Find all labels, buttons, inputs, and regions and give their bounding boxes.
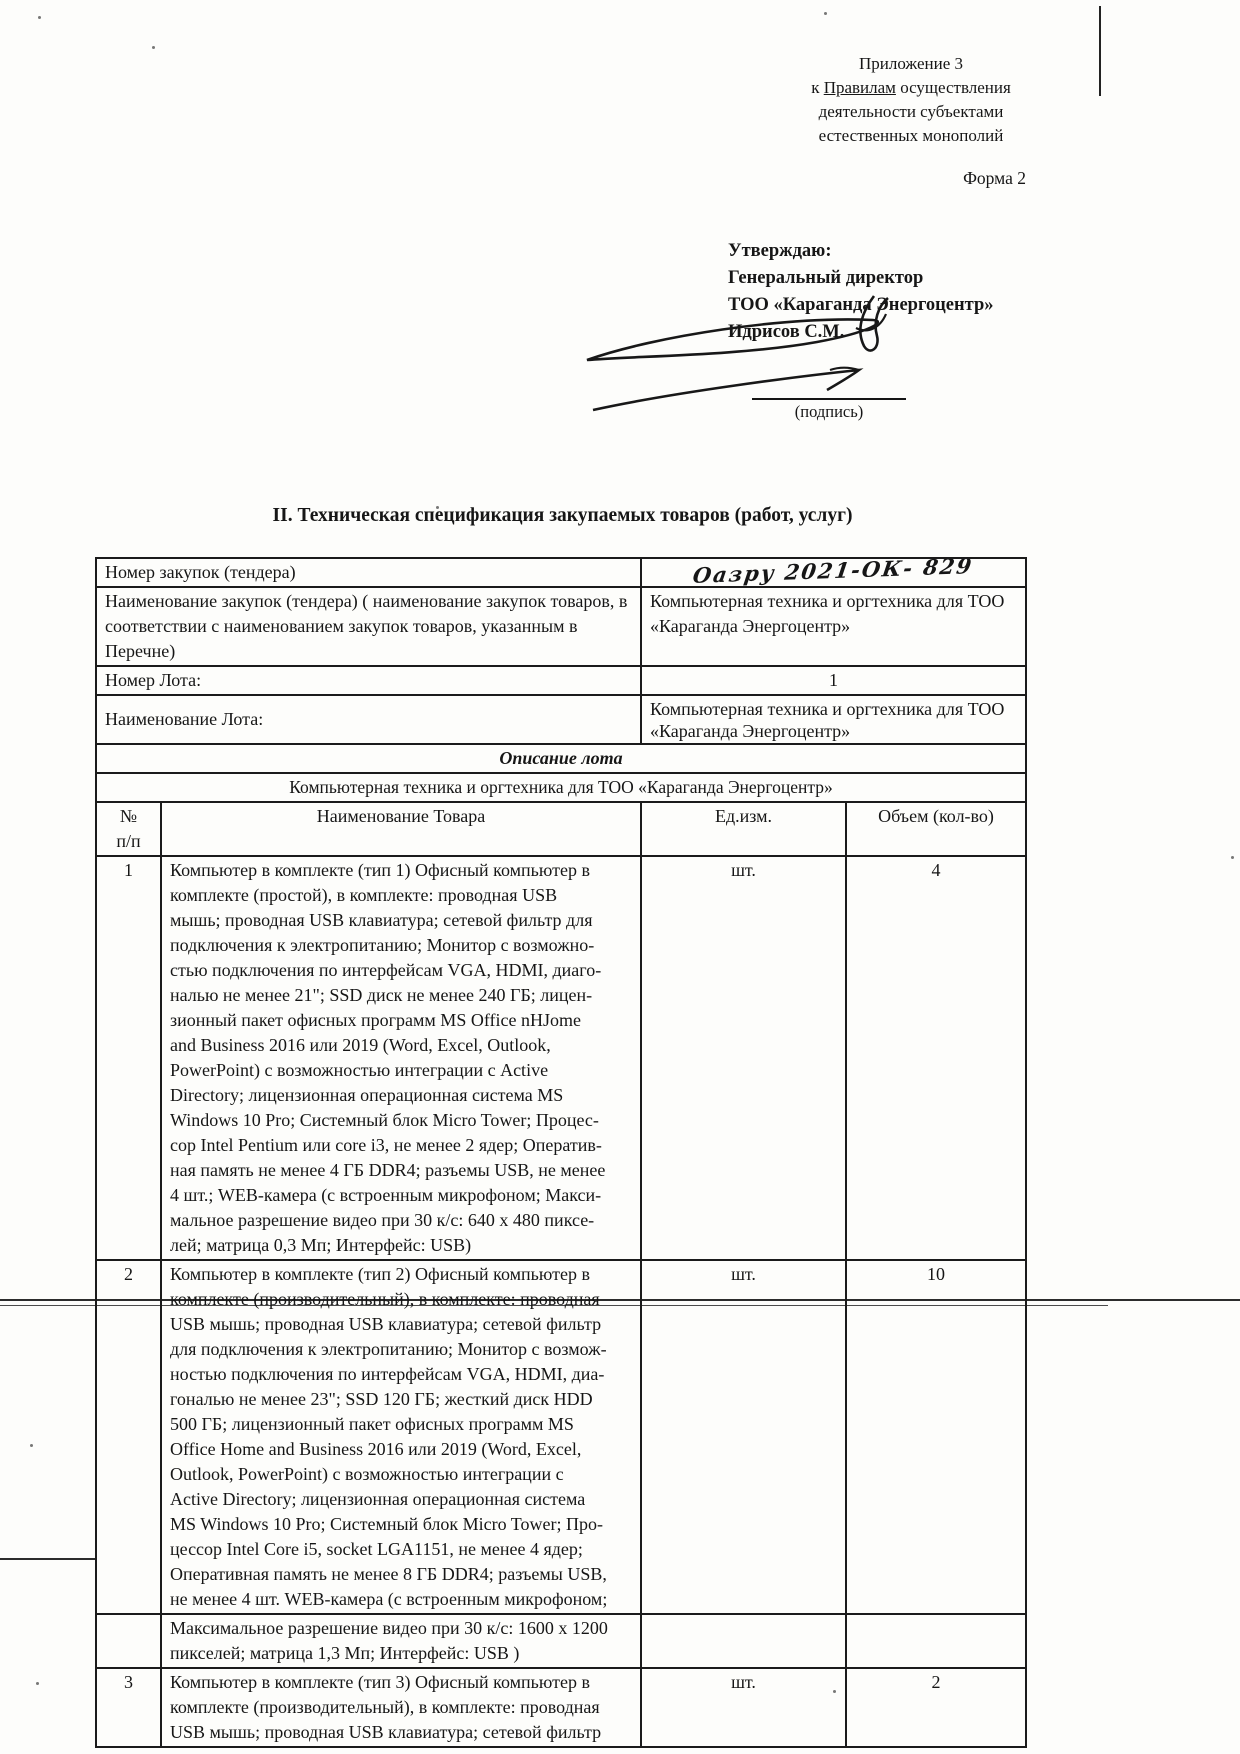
table-row: Номер закупок (тендера) Оазру 2021-ОК- 8… [96, 558, 1026, 587]
scan-speck [824, 12, 827, 15]
item-row-3: 3 Компьютер в комплекте (тип 3) Офисный … [96, 1668, 1026, 1747]
appendix-line: Приложение 3 [793, 52, 1029, 76]
specification-table: Номер закупок (тендера) Оазру 2021-ОК- 8… [95, 557, 1027, 1748]
item-num-empty [96, 1614, 161, 1668]
table-row: Наименование закупок (тендера) ( наимено… [96, 587, 1026, 666]
column-header-unit: Ед.изм. [641, 802, 846, 856]
approval-line: Генеральный директор [728, 265, 994, 292]
scan-speck [30, 1444, 33, 1447]
item-row-1: 1 Компьютер в комплекте (тип 1) Офисный … [96, 856, 1026, 1260]
column-header-name: Наименование Товара [161, 802, 641, 856]
item-qty: 4 [846, 856, 1026, 1260]
tender-name-value: Компьютерная техника и оргтехника для ТО… [641, 587, 1026, 666]
item-num: 3 [96, 1668, 161, 1747]
item-unit: шт. [641, 1260, 846, 1614]
item-description: Компьютер в комплекте (тип 3) Офисный ко… [161, 1668, 641, 1747]
item-num: 1 [96, 856, 161, 1260]
scan-speck [36, 1682, 39, 1685]
section-title: II. Техническая спецификация закупаемых … [95, 505, 1030, 527]
scan-fold-line-3 [0, 1558, 97, 1560]
signature-line [752, 398, 906, 400]
approval-line: Утверждаю: [728, 238, 994, 265]
item-description: Компьютер в комплекте (тип 2) Офисный ко… [161, 1260, 641, 1614]
column-header-num: № п/п [96, 802, 161, 856]
scan-speck [38, 16, 41, 19]
lot-description-header: Описание лота [96, 744, 1026, 773]
tender-name-label: Наименование закупок (тендера) ( наимено… [96, 587, 641, 666]
scan-speck [152, 46, 155, 49]
item-row-2: 2 Компьютер в комплекте (тип 2) Офисный … [96, 1260, 1026, 1614]
item-description: Компьютер в комплекте (тип 1) Офисный ко… [161, 856, 641, 1260]
tender-number-label: Номер закупок (тендера) [96, 558, 641, 587]
table-row: Компьютерная техника и оргтехника для ТО… [96, 773, 1026, 802]
form-number-label: Форма 2 [793, 168, 1026, 189]
table-row: Номер Лота: 1 [96, 666, 1026, 695]
signature-scribble [850, 294, 894, 364]
appendix-line: деятельности субъектами [793, 100, 1029, 124]
item-description-tail: Максимальное разрешение видео при 30 к/с… [161, 1614, 641, 1668]
table-row: Наименование Лота: Компьютерная техника … [96, 695, 1026, 744]
lot-name-label: Наименование Лота: [96, 695, 641, 744]
lot-number-value: 1 [641, 666, 1026, 695]
item-qty: 10 [846, 1260, 1026, 1614]
item-num: 2 [96, 1260, 161, 1614]
scan-speck [1231, 856, 1234, 859]
handwritten-tender-number: Оазру 2021-ОК- 829 [692, 558, 976, 587]
appendix-line: естественных монополий [793, 124, 1029, 148]
table-row: Описание лота [96, 744, 1026, 773]
item-unit: шт. [641, 856, 846, 1260]
lot-subheader: Компьютерная техника и оргтехника для ТО… [96, 773, 1026, 802]
lot-name-value: Компьютерная техника и оргтехника для ТО… [641, 695, 1026, 744]
scan-edge-mark [1099, 6, 1101, 96]
item-unit-empty [641, 1614, 846, 1668]
item-qty-empty [846, 1614, 1026, 1668]
table-header-row: № п/п Наименование Товара Ед.изм. Объем … [96, 802, 1026, 856]
rules-link-text: Правилам [824, 78, 896, 97]
signature-caption: (подпись) [752, 402, 906, 422]
appendix-rule-line: к Правилам осуществления [793, 76, 1029, 100]
appendix-reference: Приложение 3 к Правилам осуществления де… [793, 52, 1029, 148]
item-row-2-continued: Максимальное разрешение видео при 30 к/с… [96, 1614, 1026, 1668]
rule-suffix: осуществления [896, 78, 1011, 97]
rule-prefix: к [811, 78, 824, 97]
tender-number-value: Оазру 2021-ОК- 829 [641, 558, 1026, 587]
column-header-qty: Объем (кол-во) [846, 802, 1026, 856]
item-qty: 2 [846, 1668, 1026, 1747]
lot-number-label: Номер Лота: [96, 666, 641, 695]
item-unit: шт. [641, 1668, 846, 1747]
